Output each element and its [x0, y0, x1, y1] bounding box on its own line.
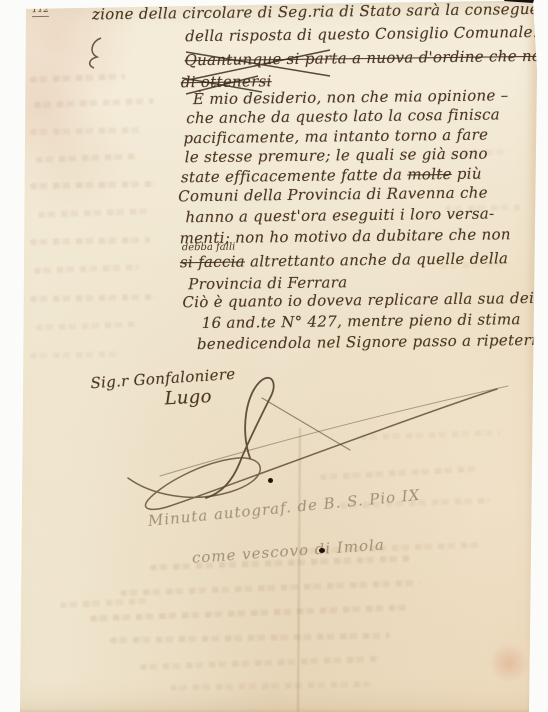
- manuscript-text-block: 112 zione della circolare di Seg.ria di …: [0, 0, 548, 712]
- interlinear-insertion: debba falli: [182, 242, 236, 254]
- manuscript-line: della risposta di questo Consiglio Comun…: [185, 25, 538, 44]
- manuscript-line: hanno a quest'ora eseguiti i loro versa-: [185, 206, 494, 225]
- manuscript-line: si faccia altrettanto anche da quelle de…: [180, 251, 508, 270]
- manuscript-line: Provincia di Ferrara: [188, 275, 347, 292]
- ink-dot: [319, 548, 325, 553]
- ink-dot: [268, 478, 273, 483]
- manuscript-line: benedicendola nel Signore passo a ripete…: [197, 333, 548, 352]
- closing-salutation: Sig.r Gonfaloniere: [90, 367, 236, 391]
- manuscript-line: zione della circolare di Seg.ria di Stat…: [92, 2, 548, 23]
- closing-place: Lugo: [164, 388, 212, 408]
- manuscript-line: 16 and.te N° 427, mentre pieno di stima: [202, 312, 521, 331]
- manuscript-page: 112 zione della circolare di Seg.ria di …: [0, 0, 548, 712]
- manuscript-line: state efficacemente fatte da molte più: [181, 167, 482, 186]
- manuscript-line: Comuni della Provincia di Ravenna che: [178, 186, 488, 205]
- manuscript-line: che anche da questo lato la cosa finisca: [186, 107, 500, 126]
- manuscript-line: pacificamente, ma intanto torno a fare: [183, 128, 488, 147]
- margin-folio-note: 112: [32, 5, 49, 17]
- manuscript-line: È mio desiderio, non che mia opinione –: [193, 88, 509, 107]
- manuscript-line: le stesse premure; le quali se già sono: [185, 147, 488, 166]
- manuscript-line: Ciò è quanto io doveva replicare alla su…: [182, 291, 534, 310]
- manuscript-line-cancelled: Quantunque si parta a nuova d'ordine che…: [184, 49, 548, 68]
- manuscript-line-cancelled: di ottenersi: [181, 74, 272, 90]
